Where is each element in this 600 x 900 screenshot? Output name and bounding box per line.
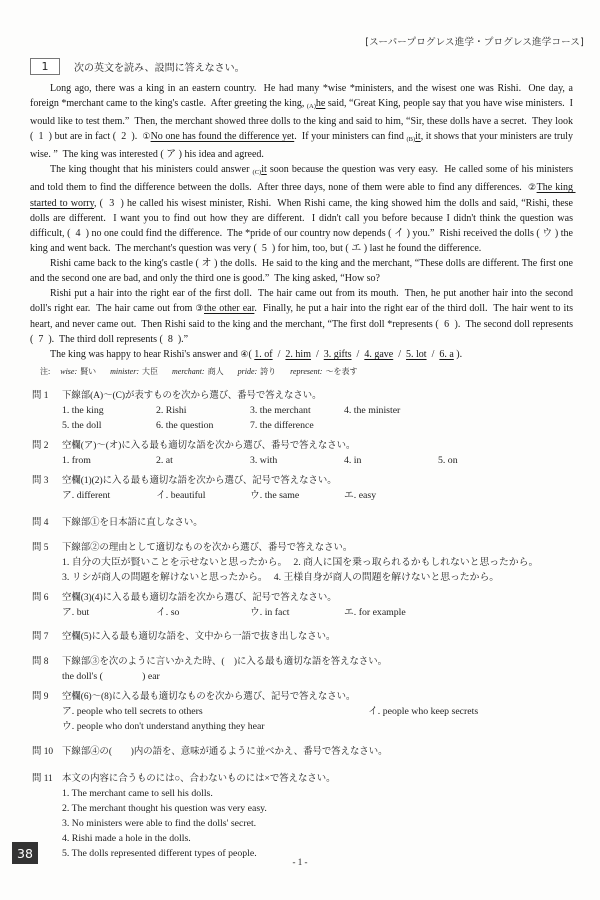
note-item: wise:賢い <box>60 366 96 377</box>
note-item: pride:誇り <box>238 366 277 377</box>
note-word: merchant: <box>172 367 205 376</box>
underlined-phrase: 6. a <box>439 349 453 360</box>
option-row: 3. リシが商人の問題を解けないと思ったから。4. 王様自身が商人の問題を解けな… <box>62 571 576 585</box>
note-meaning: ～を表す <box>325 367 357 376</box>
note-word: represent: <box>290 367 322 376</box>
option: 3. リシが商人の問題を解けないと思ったから。 <box>62 571 268 585</box>
question-label: 問 5 <box>32 541 62 585</box>
option: 7. the difference <box>250 419 338 433</box>
option-row: ウ. people who don't understand anything … <box>62 720 576 734</box>
reading-passage: Long ago, there was a king in an eastern… <box>30 81 573 363</box>
option: 1. 自分の大臣が賢いことを示せないと思ったから。 <box>62 556 287 570</box>
option: ア. but <box>62 606 150 620</box>
question-11: 問 11本文の内容に合うものには○、合わないものには×で答えなさい。1. The… <box>32 772 576 861</box>
option-row: ア. butイ. soウ. in factエ. for example <box>62 606 576 620</box>
option: 3. with <box>250 454 338 468</box>
option-row: ア. differentイ. beautifulウ. the sameエ. ea… <box>62 489 576 503</box>
question-prompt: 空欄(ア)～(オ)に入る最も適切な語を次から選び、番号で答えなさい。 <box>62 439 576 453</box>
note-item: minister:大臣 <box>110 366 158 377</box>
underlined-phrase: No one has found the difference yet <box>151 131 295 142</box>
note-meaning: 賢い <box>80 367 96 376</box>
passage-text: The king was happy to hear Rishi's answe… <box>50 349 240 360</box>
question-answer-line: the doll's ( ) ear <box>62 670 576 684</box>
reference-letter: (B) <box>406 136 415 143</box>
passage-text: / <box>352 349 365 360</box>
underlined-phrase: he <box>316 98 325 109</box>
circled-number: ① <box>142 132 150 142</box>
vocabulary-notes: 注: wise:賢いminister:大臣merchant:商人pride:誇り… <box>40 366 600 377</box>
option: 1. from <box>62 454 150 468</box>
course-header: [スーパープログレス進学・プログレス進学コース] <box>0 0 600 48</box>
option: ア. people who tell secrets to others <box>62 705 362 719</box>
underlined-phrase: 4. gave <box>364 349 393 360</box>
underlined-phrase: 1. of <box>254 349 272 360</box>
option: 4. in <box>344 454 432 468</box>
question-label: 問 1 <box>32 389 62 433</box>
section-title-row: 1 次の英文を読み、設問に答えなさい。 <box>30 58 600 75</box>
option-row: 1. 自分の大臣が賢いことを示せないと思ったから。2. 商人に国を乗っ取られるか… <box>62 556 576 570</box>
question-body: 下線部②の理由として適切なものを次から選び、番号で答えなさい。1. 自分の大臣が… <box>62 541 576 585</box>
question-prompt: 本文の内容に合うものには○、合わないものには×で答えなさい。 <box>62 772 576 786</box>
option: エ. easy <box>344 489 432 503</box>
question-prompt: 空欄(1)(2)に入る最も適切な語を次から選び、記号で答えなさい。 <box>62 474 576 488</box>
option-row: 4. Rishi made a hole in the dolls. <box>62 832 576 846</box>
question-prompt: 下線部②の理由として適切なものを次から選び、番号で答えなさい。 <box>62 541 576 555</box>
option: ア. different <box>62 489 150 503</box>
reference-letter: (A) <box>307 103 316 110</box>
passage-text: , ( 3 ) he called his wisest minister, R… <box>30 198 576 254</box>
option: 2. The merchant thought his question was… <box>62 802 267 816</box>
question-prompt: 空欄(5)に入る最も適切な語を、文中から一語で抜き出しなさい。 <box>62 630 576 644</box>
question-prompt: 空欄(3)(4)に入る最も適切な語を次から選び、記号で答えなさい。 <box>62 591 576 605</box>
underlined-phrase: 3. gifts <box>324 349 352 360</box>
option-row: 2. The merchant thought his question was… <box>62 802 576 816</box>
option: 3. the merchant <box>250 404 338 418</box>
question-body: 空欄(5)に入る最も適切な語を、文中から一語で抜き出しなさい。 <box>62 630 576 644</box>
note-meaning: 誇り <box>260 367 276 376</box>
option-row: ア. people who tell secrets to othersイ. p… <box>62 705 576 719</box>
question-4: 問 4下線部①を日本語に直しなさい。 <box>32 516 576 530</box>
question-prompt: 下線部①を日本語に直しなさい。 <box>62 516 576 530</box>
question-label: 問 4 <box>32 516 62 530</box>
question-label: 問 10 <box>32 745 62 759</box>
question-label: 問 6 <box>32 591 62 620</box>
page-number-footer: - 1 - <box>0 857 600 867</box>
passage-text: / <box>273 349 286 360</box>
question-body: 下線部①を日本語に直しなさい。 <box>62 516 576 530</box>
option: イ. so <box>156 606 244 620</box>
question-6: 問 6空欄(3)(4)に入る最も適切な語を次から選び、記号で答えなさい。ア. b… <box>32 591 576 620</box>
question-label: 問 7 <box>32 630 62 644</box>
question-list: 問 1下線部(A)～(C)が表すものを次から選び、番号で答えなさい。1. the… <box>32 389 576 861</box>
passage-text: The king thought that his ministers coul… <box>50 164 253 175</box>
option: ウ. in fact <box>250 606 338 620</box>
passage-text: Rishi came back to the king's castle ( オ… <box>30 258 576 284</box>
question-label: 問 8 <box>32 655 62 684</box>
option: 6. the question <box>156 419 244 433</box>
section-instruction: 次の英文を読み、設問に答えなさい。 <box>74 59 245 74</box>
question-prompt: 下線部④の( )内の語を、意味が通るように並べかえ、番号で答えなさい。 <box>62 745 576 759</box>
passage-text: / <box>427 349 440 360</box>
question-label: 問 2 <box>32 439 62 468</box>
notes-label: 注: <box>40 367 50 376</box>
question-body: 空欄(1)(2)に入る最も適切な語を次から選び、記号で答えなさい。ア. diff… <box>62 474 576 503</box>
question-body: 下線部④の( )内の語を、意味が通るように並べかえ、番号で答えなさい。 <box>62 745 576 759</box>
question-label: 問 3 <box>32 474 62 503</box>
note-meaning: 商人 <box>208 367 224 376</box>
question-prompt: 下線部③を次のように言いかえた時、( )に入る最も適切な語を答えなさい。 <box>62 655 576 669</box>
passage-text: / <box>393 349 406 360</box>
note-meaning: 大臣 <box>142 367 158 376</box>
option: ウ. the same <box>250 489 338 503</box>
option: 1. the king <box>62 404 150 418</box>
reference-letter: (C) <box>253 169 262 176</box>
question-body: 本文の内容に合うものには○、合わないものには×で答えなさい。1. The mer… <box>62 772 576 861</box>
note-word: minister: <box>110 367 139 376</box>
passage-paragraph-5: The king was happy to hear Rishi's answe… <box>30 347 573 363</box>
underlined-phrase: 5. lot <box>406 349 427 360</box>
option: 3. No ministers were able to find the do… <box>62 817 256 831</box>
option-row: 1. the king2. Rishi3. the merchant4. the… <box>62 404 576 418</box>
underlined-phrase: the other ear <box>204 303 254 314</box>
option: エ. for example <box>344 606 432 620</box>
option: ウ. people who don't understand anything … <box>62 720 265 734</box>
question-prompt: 下線部(A)～(C)が表すものを次から選び、番号で答えなさい。 <box>62 389 576 403</box>
option-row: 3. No ministers were able to find the do… <box>62 817 576 831</box>
question-body: 下線部(A)～(C)が表すものを次から選び、番号で答えなさい。1. the ki… <box>62 389 576 433</box>
question-9: 問 9空欄(6)～(8)に入る最も適切なものを次から選び、記号で答えなさい。ア.… <box>32 690 576 734</box>
circled-number: ③ <box>195 304 204 314</box>
passage-paragraph-1: Long ago, there was a king in an eastern… <box>30 81 573 162</box>
passage-paragraph-4: Rishi put a hair into the right ear of t… <box>30 286 573 347</box>
question-5: 問 5下線部②の理由として適切なものを次から選び、番号で答えなさい。1. 自分の… <box>32 541 576 585</box>
circled-number: ② <box>528 183 537 193</box>
passage-text: . If your ministers can find <box>294 131 406 142</box>
question-1: 問 1下線部(A)～(C)が表すものを次から選び、番号で答えなさい。1. the… <box>32 389 576 433</box>
note-item: merchant:商人 <box>172 366 224 377</box>
underlined-phrase: 2. him <box>285 349 311 360</box>
question-prompt: 空欄(6)～(8)に入る最も適切なものを次から選び、記号で答えなさい。 <box>62 690 576 704</box>
option-row: 1. The merchant came to sell his dolls. <box>62 787 576 801</box>
note-word: wise: <box>60 367 77 376</box>
question-8: 問 8下線部③を次のように言いかえた時、( )に入る最も適切な語を答えなさい。t… <box>32 655 576 684</box>
question-body: 空欄(6)～(8)に入る最も適切なものを次から選び、記号で答えなさい。ア. pe… <box>62 690 576 734</box>
question-10: 問 10下線部④の( )内の語を、意味が通るように並べかえ、番号で答えなさい。 <box>32 745 576 759</box>
option: 5. the doll <box>62 419 150 433</box>
question-body: 空欄(3)(4)に入る最も適切な語を次から選び、記号で答えなさい。ア. butイ… <box>62 591 576 620</box>
question-3: 問 3空欄(1)(2)に入る最も適切な語を次から選び、記号で答えなさい。ア. d… <box>32 474 576 503</box>
section-number-box: 1 <box>30 58 60 75</box>
option-row: 1. from2. at3. with4. in5. on <box>62 454 576 468</box>
passage-text: ). <box>454 349 462 360</box>
option: 2. Rishi <box>156 404 244 418</box>
option: 5. on <box>438 454 526 468</box>
note-word: pride: <box>238 367 258 376</box>
option: イ. beautiful <box>156 489 244 503</box>
question-body: 空欄(ア)～(オ)に入る最も適切な語を次から選び、番号で答えなさい。1. fro… <box>62 439 576 468</box>
passage-paragraph-2: The king thought that his ministers coul… <box>30 162 573 256</box>
note-item: represent:～を表す <box>290 366 357 377</box>
passage-text: / <box>311 349 324 360</box>
option: 2. 商人に国を乗っ取られるかもしれないと思ったから。 <box>293 556 538 570</box>
option: 4. 王様自身が商人の問題を解けないと思ったから。 <box>274 571 499 585</box>
exam-page: [スーパープログレス進学・プログレス進学コース] 1 次の英文を読み、設問に答え… <box>0 0 600 900</box>
question-7: 問 7空欄(5)に入る最も適切な語を、文中から一語で抜き出しなさい。 <box>32 630 576 644</box>
option: 4. Rishi made a hole in the dolls. <box>62 832 191 846</box>
passage-paragraph-3: Rishi came back to the king's castle ( オ… <box>30 256 573 286</box>
option: 2. at <box>156 454 244 468</box>
question-label: 問 9 <box>32 690 62 734</box>
option-row: 5. the doll6. the question7. the differe… <box>62 419 576 433</box>
question-2: 問 2空欄(ア)～(オ)に入る最も適切な語を次から選び、番号で答えなさい。1. … <box>32 439 576 468</box>
option: 4. the minister <box>344 404 432 418</box>
option: 1. The merchant came to sell his dolls. <box>62 787 213 801</box>
option: イ. people who keep secrets <box>368 705 478 719</box>
question-body: 下線部③を次のように言いかえた時、( )に入る最も適切な語を答えなさい。the … <box>62 655 576 684</box>
